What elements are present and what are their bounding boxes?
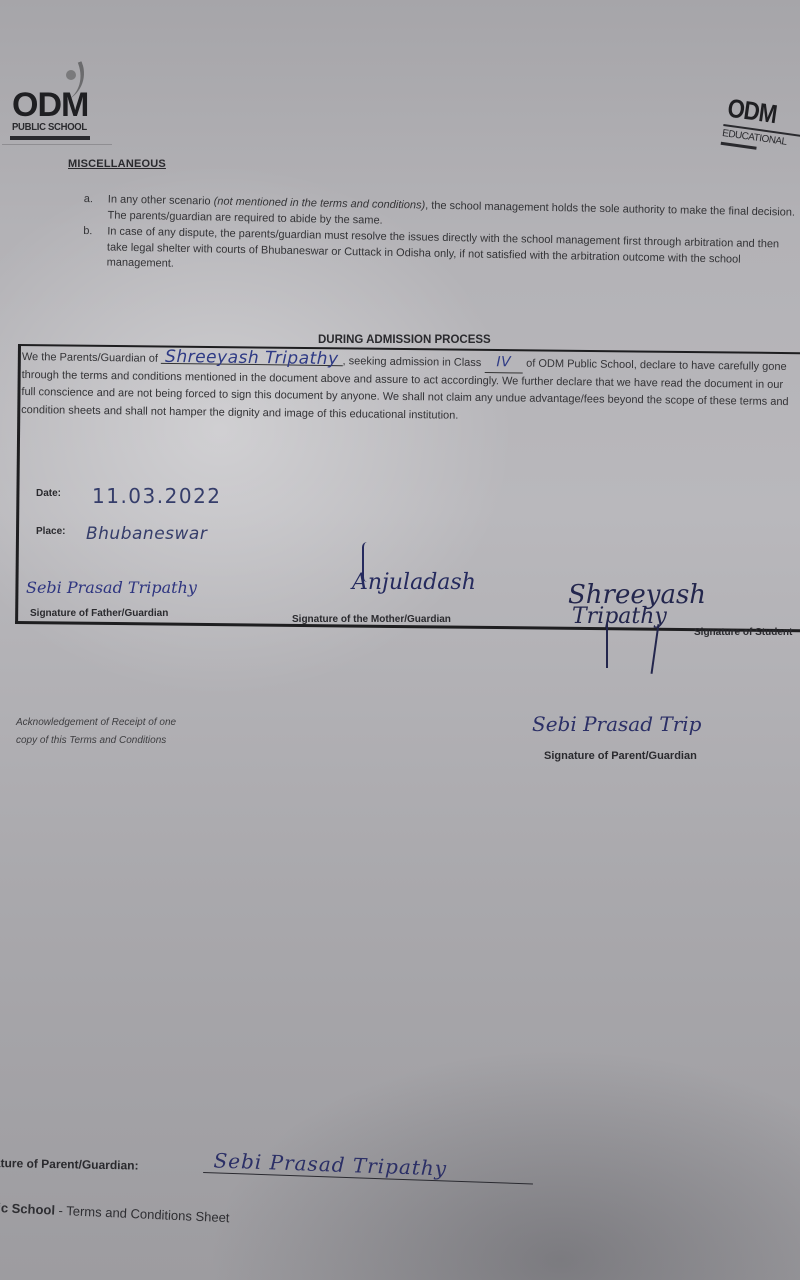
logo-mark: ODM (12, 88, 88, 122)
logo-subtitle: PUBLIC SCHOOL (12, 122, 87, 133)
logo-bar (10, 136, 90, 140)
document-photo: ODM PUBLIC SCHOOL ODM EDUCATIONAL MISCEL… (0, 0, 800, 1280)
place-value: Bhubaneswar (86, 524, 207, 544)
declaration-text: , seeking admission in Class (342, 355, 484, 369)
father-signature-label: Signature of Father/Guardian (30, 608, 168, 619)
odm-educational-logo: ODM EDUCATIONAL (716, 92, 800, 172)
footer-signature-label: ature of Parent/Guardian: (0, 1156, 139, 1173)
mother-signature-label: Signature of the Mother/Guardian (292, 614, 451, 625)
acknowledgement-line: Acknowledgement of Receipt of one (16, 714, 176, 732)
header-rule (2, 144, 112, 145)
student-signature: Shreeyash Tripathy (568, 584, 706, 628)
class-field: IV (484, 354, 523, 373)
parent-signature: Sebi Prasad Trip (532, 712, 701, 736)
signature-flourish (651, 624, 660, 674)
mother-signature: Anjuladash (352, 570, 476, 595)
item-text-italic: (not mentioned in the terms and conditio… (214, 195, 426, 211)
list-marker: b. (83, 224, 92, 240)
list-marker: a. (84, 192, 93, 208)
father-signature: Sebi Prasad Tripathy (26, 578, 197, 597)
declaration-text: We the Parents/Guardian of (22, 351, 161, 365)
date-label: Date: (36, 488, 61, 499)
date-value: 11.03.2022 (92, 484, 222, 508)
acknowledgement-line: copy of this Terms and Conditions (16, 732, 176, 750)
logo-head-icon (66, 70, 76, 80)
footer-title-rest: - Terms and Conditions Sheet (55, 1203, 230, 1226)
student-name-field: Shreeyash Tripathy (161, 351, 343, 366)
item-text: In any other scenario (108, 193, 214, 207)
acknowledgement-text: Acknowledgement of Receipt of one copy o… (16, 714, 176, 750)
admission-heading: DURING ADMISSION PROCESS (318, 334, 491, 346)
declaration-paragraph: We the Parents/Guardian of Shreeyash Tri… (21, 348, 798, 430)
footer-title: lic School - Terms and Conditions Sheet (0, 1200, 230, 1225)
signature-flourish (362, 542, 372, 582)
signature-flourish (606, 624, 608, 668)
miscellaneous-heading: MISCELLANEOUS (68, 158, 166, 170)
miscellaneous-list: a. In any other scenario (not mentioned … (82, 192, 795, 285)
parent-signature-label: Signature of Parent/Guardian (544, 750, 697, 762)
footer-title-bold: lic School (0, 1200, 55, 1218)
footer-signature: Sebi Prasad Tripathy (203, 1148, 534, 1185)
place-label: Place: (36, 526, 65, 537)
student-signature-label: Signature of Student (694, 627, 792, 638)
odm-public-school-logo: ODM PUBLIC SCHOOL (10, 66, 98, 144)
